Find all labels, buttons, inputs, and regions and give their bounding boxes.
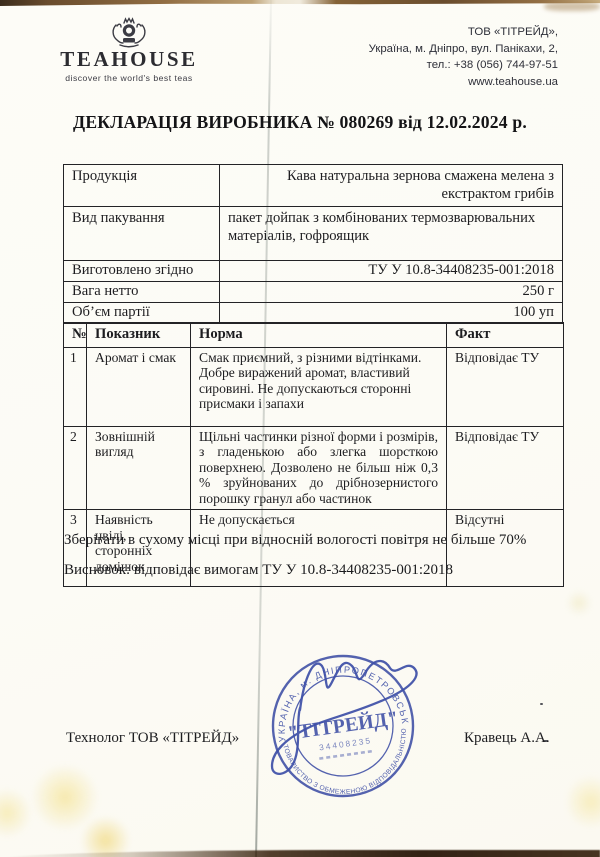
scanned-declaration-document: TEAHOUSE discover the world's best teas … (0, 0, 600, 857)
cell-fact: Відповідає ТУ (447, 426, 564, 510)
scan-smudge-top-right (544, 2, 600, 11)
header-fact: Факт (447, 323, 564, 348)
header-num: № (64, 323, 87, 348)
conclusion-note: Висновок: відповідає вимогам ТУ У 10.8-3… (64, 562, 453, 579)
ink-speck (540, 703, 543, 705)
row-label: Вид пакування (64, 207, 220, 261)
table-row: Продукція Кава натуральна зернова смажен… (64, 165, 563, 207)
signoff-role: Технолог ТОВ «ТІТРЕЙД» (66, 730, 239, 747)
storage-note: Зберігати в сухому місці при відносній в… (64, 532, 526, 549)
row-value: Кава натуральна зернова смажена мелена з… (220, 165, 563, 207)
paper-stain (568, 772, 600, 832)
cell-fact: Відповідає ТУ (447, 347, 564, 426)
cell-indicator: Зовнішній вигляд (87, 426, 191, 510)
header-indicator: Показник (87, 323, 191, 348)
row-value: 100 уп (220, 303, 563, 324)
row-value: 250 г (220, 282, 563, 303)
row-value: ТУ У 10.8-34408235-001:2018 (220, 261, 563, 282)
paper-stain (30, 765, 100, 830)
scan-edge-top (0, 0, 600, 6)
row-label: Продукція (64, 165, 220, 207)
row-value: пакет дойпак з комбінованих термозварюва… (220, 207, 563, 261)
company-stamp: УКРАЇНА, м. ДНІПРОПЕТРОВСЬК ТОВАРИСТВО З… (241, 624, 444, 827)
brand-tagline: discover the world's best teas (44, 73, 214, 83)
table-row: 1 Аромат і смак Смак приємний, з різними… (64, 347, 564, 426)
product-info-table: Продукція Кава натуральна зернова смажен… (63, 164, 563, 324)
table-row: Вага нетто 250 г (64, 282, 563, 303)
teahouse-logo: TEAHOUSE discover the world's best teas (44, 16, 214, 83)
cell-indicator: Аромат і смак (87, 347, 191, 426)
crest-icon (44, 16, 214, 48)
document-title: ДЕКЛАРАЦІЯ ВИРОБНИКА № 080269 від 12.02.… (0, 112, 600, 133)
paper-stain (566, 590, 592, 616)
header-norm: Норма (191, 323, 447, 348)
company-name: ТОВ «ТІТРЕЙД», (369, 24, 558, 41)
company-contact-block: ТОВ «ТІТРЕЙД», Україна, м. Дніпро, вул. … (369, 24, 558, 90)
paper-stain (0, 788, 32, 838)
brand-name: TEAHOUSE (44, 47, 214, 72)
company-website: www.teahouse.ua (369, 74, 558, 91)
table-row: 2 Зовнішній вигляд Щільні частинки різно… (64, 426, 564, 510)
cell-norm: Смак приємний, з різними відтінками. Доб… (191, 347, 447, 426)
table-header-row: № Показник Норма Факт (64, 323, 564, 348)
table-row: Вид пакування пакет дойпак з комбіновани… (64, 207, 563, 261)
table-row: Об’єм партії 100 уп (64, 303, 563, 324)
cell-num: 2 (64, 426, 87, 510)
table-row: Виготовлено згідно ТУ У 10.8-34408235-00… (64, 261, 563, 282)
company-address: Україна, м. Дніпро, вул. Панікахи, 2, (369, 41, 558, 58)
cell-num: 1 (64, 347, 87, 426)
row-label: Вага нетто (64, 282, 220, 303)
cell-norm: Щільні частинки різної форми і розмірів,… (191, 426, 447, 510)
paper-stain (78, 818, 133, 857)
row-label: Об’єм партії (64, 303, 220, 324)
row-label: Виготовлено згідно (64, 261, 220, 282)
company-phone: тел.: +38 (056) 744-97-51 (369, 57, 558, 74)
signoff-name: Кравець А.А. (464, 730, 550, 747)
